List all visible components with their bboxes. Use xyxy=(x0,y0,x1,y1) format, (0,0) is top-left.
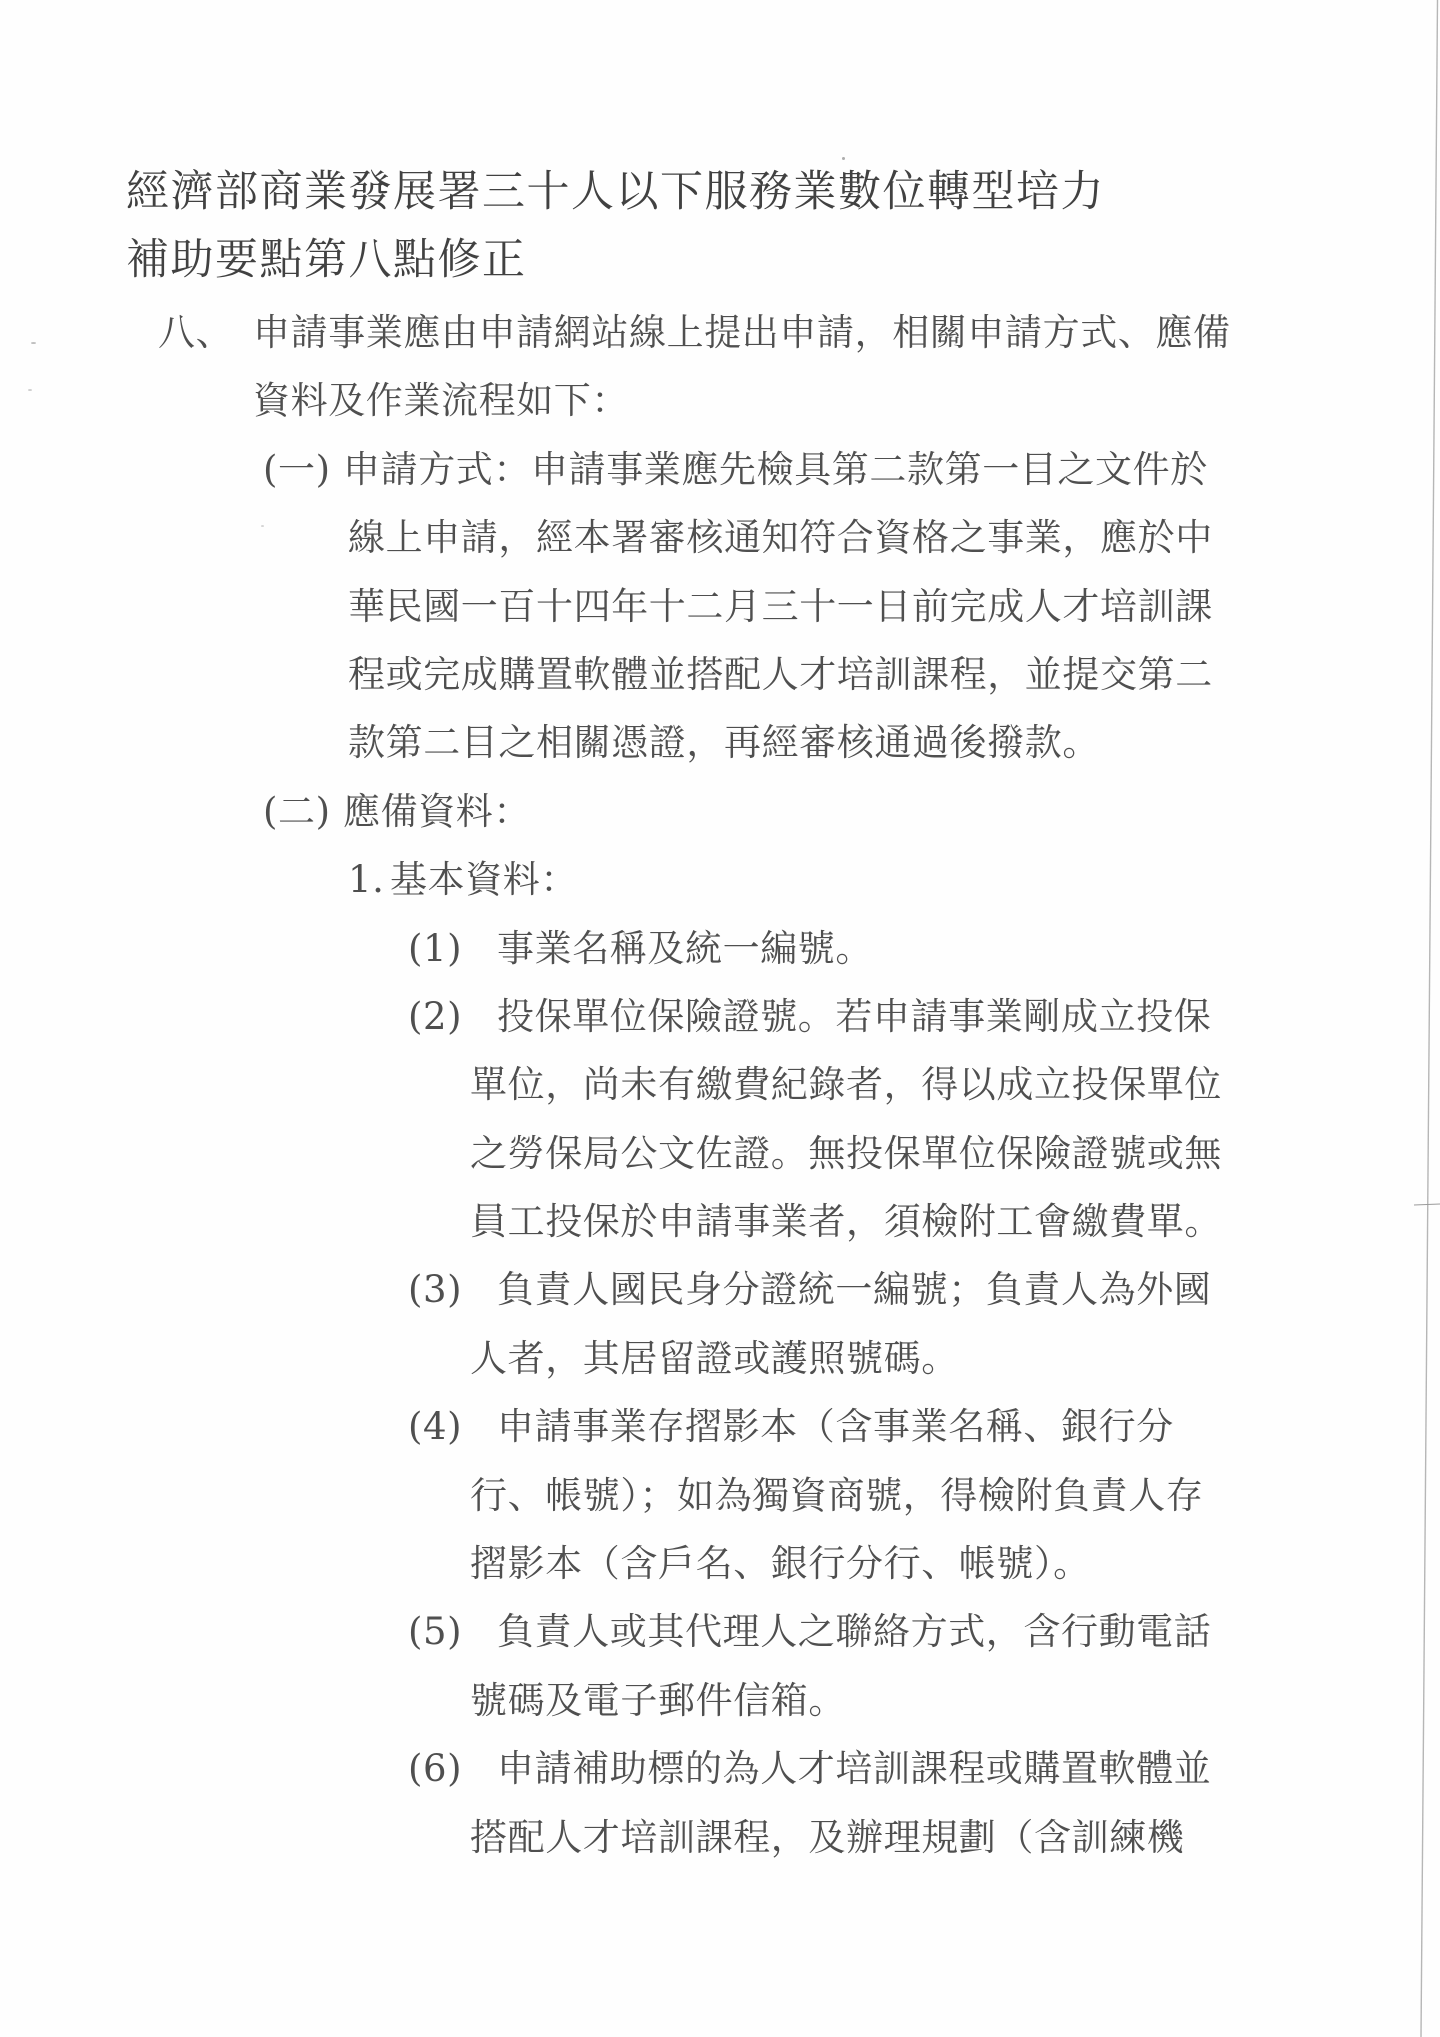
list-marker: (一) xyxy=(263,436,343,504)
document-page: 經濟部商業發展署三十人以下服務業數位轉型培力 補助要點第八點修正 八、申請事業應… xyxy=(0,0,1440,2037)
document-title: 經濟部商業發展署三十人以下服務業數位轉型培力 補助要點第八點修正 xyxy=(126,158,1105,294)
line-text: 程或完成購置軟體並搭配人才培訓課程，並提交第二 xyxy=(348,653,1213,696)
body-line: (1)事業名稱及統一編號。 xyxy=(0,915,1440,983)
line-text: 華民國一百十四年十二月三十一日前完成人才培訓課 xyxy=(348,585,1213,628)
list-marker: (5) xyxy=(408,1598,497,1666)
body-line: 號碼及電子郵件信箱。 xyxy=(0,1667,1440,1735)
body-line: 華民國一百十四年十二月三十一日前完成人才培訓課 xyxy=(0,573,1440,641)
body-line: 搭配人才培訓課程，及辦理規劃（含訓練機 xyxy=(0,1804,1440,1872)
line-text: 基本資料： xyxy=(390,858,578,901)
line-text: 單位，尚未有繳費紀錄者，得以成立投保單位 xyxy=(470,1063,1222,1106)
list-marker: (1) xyxy=(408,915,497,983)
body-line: (4)申請事業存摺影本（含事業名稱、銀行分 xyxy=(0,1393,1440,1461)
body-line: 款第二目之相關憑證，再經審核通過後撥款。 xyxy=(0,709,1440,777)
list-marker: (3) xyxy=(408,1256,497,1324)
body-line: 員工投保於申請事業者，須檢附工會繳費單。 xyxy=(0,1188,1440,1256)
body-line: (二)應備資料： xyxy=(0,778,1440,846)
body-line: (一)申請方式：申請事業應先檢具第二款第一目之文件於 xyxy=(0,436,1440,504)
line-text: 人者，其居留證或護照號碼。 xyxy=(470,1337,959,1380)
line-text: 申請事業應由申請網站線上提出申請，相關申請方式、應備 xyxy=(253,311,1231,354)
body-line: 1.基本資料： xyxy=(0,846,1440,914)
line-text: 申請方式：申請事業應先檢具第二款第一目之文件於 xyxy=(343,448,1208,491)
line-text: 摺影本（含戶名、銀行分行、帳號）。 xyxy=(470,1542,1091,1585)
line-text: 行、帳號）；如為獨資商號，得檢附負責人存 xyxy=(470,1474,1204,1517)
line-text: 號碼及電子郵件信箱。 xyxy=(470,1679,846,1722)
body-line: (5)負責人或其代理人之聯絡方式，含行動電話 xyxy=(0,1598,1440,1666)
line-text: 事業名稱及統一編號。 xyxy=(497,927,873,970)
body-line: 之勞保局公文佐證。無投保單位保險證號或無 xyxy=(0,1120,1440,1188)
body-line: 單位，尚未有繳費紀錄者，得以成立投保單位 xyxy=(0,1051,1440,1119)
body-line: 線上申請，經本署審核通知符合資格之事業，應於中 xyxy=(0,504,1440,572)
body-line: 八、申請事業應由申請網站線上提出申請，相關申請方式、應備 xyxy=(0,299,1440,367)
document-title-line-1: 經濟部商業發展署三十人以下服務業數位轉型培力 xyxy=(126,158,1105,226)
line-text: 申請補助標的為人才培訓課程或購置軟體並 xyxy=(497,1747,1211,1790)
body-line: (2)投保單位保險證號。若申請事業剛成立投保 xyxy=(0,983,1440,1051)
list-marker: (6) xyxy=(408,1735,497,1803)
line-text: 負責人或其代理人之聯絡方式，含行動電話 xyxy=(497,1610,1211,1653)
body-line: 資料及作業流程如下： xyxy=(0,367,1440,435)
line-text: 資料及作業流程如下： xyxy=(253,379,629,422)
line-text: 員工投保於申請事業者，須檢附工會繳費單。 xyxy=(470,1200,1222,1243)
body-line: (3)負責人國民身分證統一編號；負責人為外國 xyxy=(0,1256,1440,1324)
body-line: (6)申請補助標的為人才培訓課程或購置軟體並 xyxy=(0,1735,1440,1803)
body-line: 行、帳號）；如為獨資商號，得檢附負責人存 xyxy=(0,1462,1440,1530)
list-marker: (4) xyxy=(408,1393,497,1461)
list-marker: 八、 xyxy=(158,299,253,367)
line-text: 線上申請，經本署審核通知符合資格之事業，應於中 xyxy=(348,516,1213,559)
line-text: 之勞保局公文佐證。無投保單位保險證號或無 xyxy=(470,1132,1222,1175)
document-title-line-2: 補助要點第八點修正 xyxy=(126,226,1105,294)
document-body: 八、申請事業應由申請網站線上提出申請，相關申請方式、應備資料及作業流程如下：(一… xyxy=(0,299,1440,1872)
body-line: 人者，其居留證或護照號碼。 xyxy=(0,1325,1440,1393)
line-text: 搭配人才培訓課程，及辦理規劃（含訓練機 xyxy=(470,1816,1184,1859)
list-marker: (二) xyxy=(263,778,343,846)
list-marker: (2) xyxy=(408,983,497,1051)
line-text: 款第二目之相關憑證，再經審核通過後撥款。 xyxy=(348,721,1100,764)
line-text: 應備資料： xyxy=(343,790,531,833)
body-line: 程或完成購置軟體並搭配人才培訓課程，並提交第二 xyxy=(0,641,1440,709)
body-line: 摺影本（含戶名、銀行分行、帳號）。 xyxy=(0,1530,1440,1598)
line-text: 申請事業存摺影本（含事業名稱、銀行分 xyxy=(497,1405,1174,1448)
line-text: 投保單位保險證號。若申請事業剛成立投保 xyxy=(497,995,1211,1038)
line-text: 負責人國民身分證統一編號；負責人為外國 xyxy=(497,1268,1211,1311)
list-marker: 1. xyxy=(348,846,390,914)
